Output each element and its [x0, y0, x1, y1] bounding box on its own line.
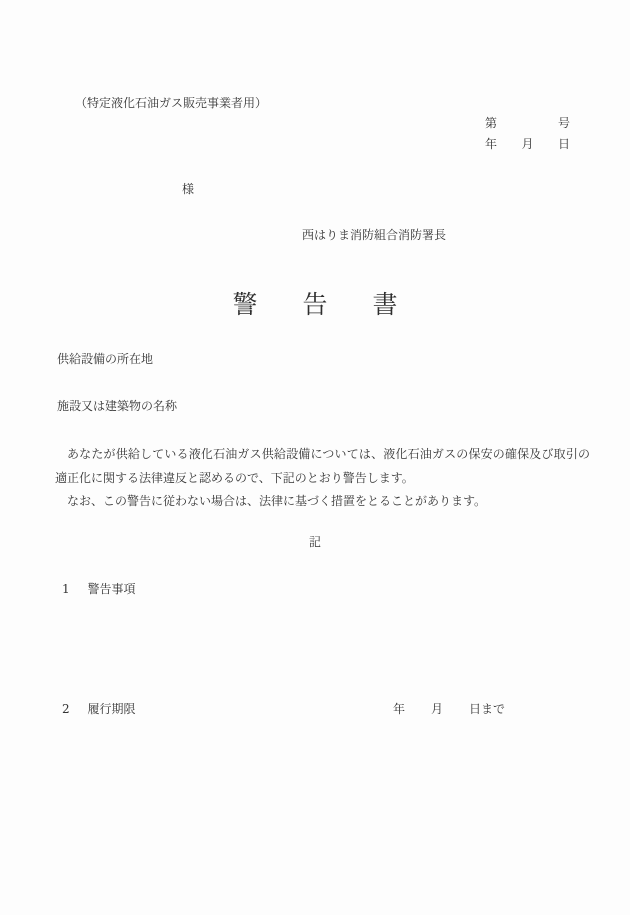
issuer-title: 西はりま消防組合消防署長 — [302, 228, 446, 242]
warning-letter-page: （特定液化石油ガス販売事業者用） 第 号 年 月 日 様 西はりま消防組合消防署… — [0, 0, 630, 915]
item-1-label: 警告事項 — [87, 582, 135, 596]
document-number-prefix: 第 — [485, 116, 497, 130]
addressee-honorific: 様 — [182, 182, 194, 196]
deadline-year-label: 年 — [393, 702, 405, 716]
deadline-date-line: 年 月 日まで — [393, 702, 505, 716]
item-2-number: 2 — [62, 702, 70, 716]
body-paragraph-warning: あなたが供給している液化石油ガス供給設備については、液化石油ガスの保安の確保及び… — [55, 443, 590, 490]
item-1-number: 1 — [62, 582, 70, 596]
date-month-label: 月 — [521, 137, 533, 151]
deadline-day-until-label: 日まで — [469, 702, 505, 716]
body-paragraph-notice: なお、この警告に従わない場合は、法律に基づく措置をとることがあります。 — [55, 490, 590, 514]
deadline-month-label: 月 — [431, 702, 443, 716]
item-compliance-deadline: 2 履行期限 — [62, 702, 135, 716]
item-warning-matters: 1 警告事項 — [62, 582, 135, 596]
date-day-label: 日 — [558, 137, 570, 151]
date-year-label: 年 — [485, 137, 497, 151]
record-marker: 記 — [0, 535, 630, 549]
supply-location-label: 供給設備の所在地 — [57, 352, 153, 366]
document-number-line: 第 号 — [485, 116, 570, 130]
document-title: 警告書 — [0, 291, 630, 319]
issue-date-line: 年 月 日 — [485, 137, 570, 151]
facility-name-label: 施設又は建築物の名称 — [57, 399, 177, 413]
form-type-note: （特定液化石油ガス販売事業者用） — [75, 96, 267, 110]
item-2-label: 履行期限 — [87, 702, 135, 716]
document-number-suffix: 号 — [558, 116, 570, 130]
